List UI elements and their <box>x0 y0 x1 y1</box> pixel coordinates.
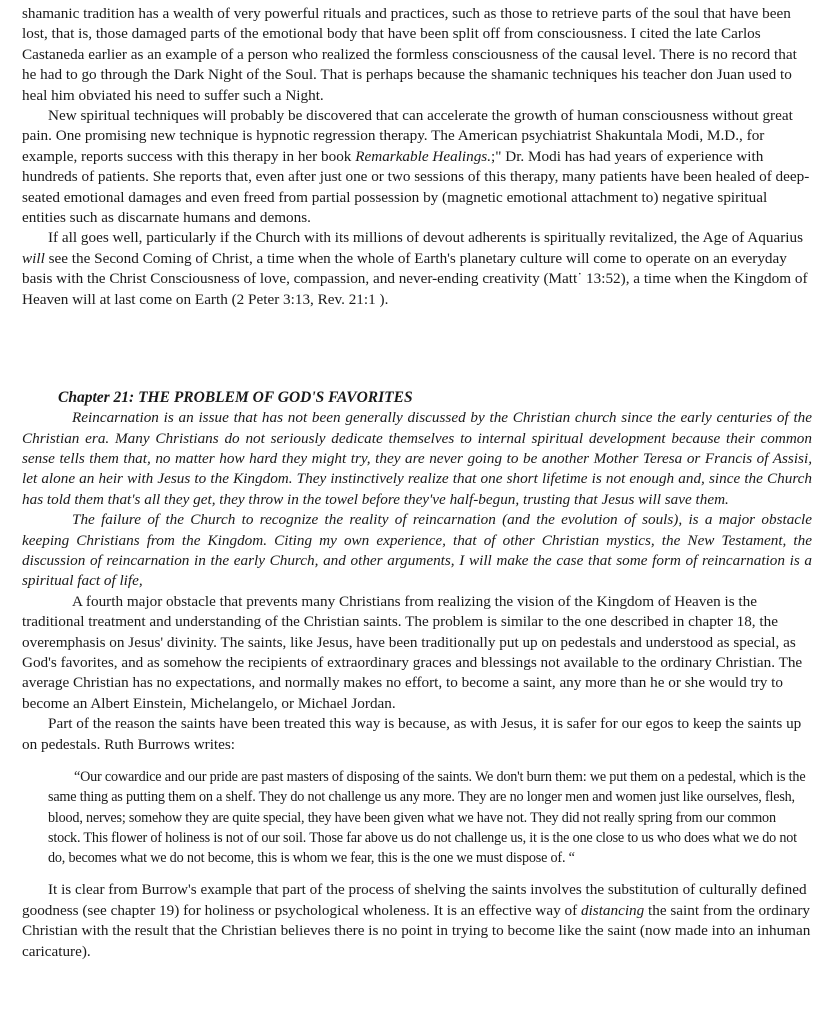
chapter-heading: Chapter 21: THE PROBLEM OF GOD'S FAVORIT… <box>58 388 812 408</box>
emphasis-will: will <box>22 250 45 267</box>
document-page: shamanic tradition has a wealth of very … <box>22 4 812 962</box>
book-title: Remarkable Healings. <box>355 148 491 165</box>
chapter-intro-failure: The failure of the Church to recognize t… <box>22 510 812 592</box>
paragraph-burrows-example: It is clear from Burrow's example that p… <box>22 880 812 962</box>
paragraph-text: If all goes well, particularly if the Ch… <box>48 229 803 246</box>
quote-text: “Our cowardice and our pride are past ma… <box>48 767 806 868</box>
paragraph-fourth-obstacle: A fourth major obstacle that prevents ma… <box>22 592 812 714</box>
chapter-intro-reincarnation: Reincarnation is an issue that has not b… <box>22 408 812 510</box>
section-gap <box>22 310 812 388</box>
paragraph-text: see the Second Coming of Christ, a time … <box>22 250 808 308</box>
paragraph-new-techniques: New spiritual techniques will probably b… <box>22 106 812 228</box>
paragraph-second-coming: If all goes well, particularly if the Ch… <box>22 228 812 310</box>
paragraph-part-of-reason: Part of the reason the saints have been … <box>22 714 812 755</box>
emphasis-distancing: distancing <box>581 902 644 919</box>
paragraph-shamanic: shamanic tradition has a wealth of very … <box>22 4 812 106</box>
block-quote: “Our cowardice and our pride are past ma… <box>48 767 806 868</box>
